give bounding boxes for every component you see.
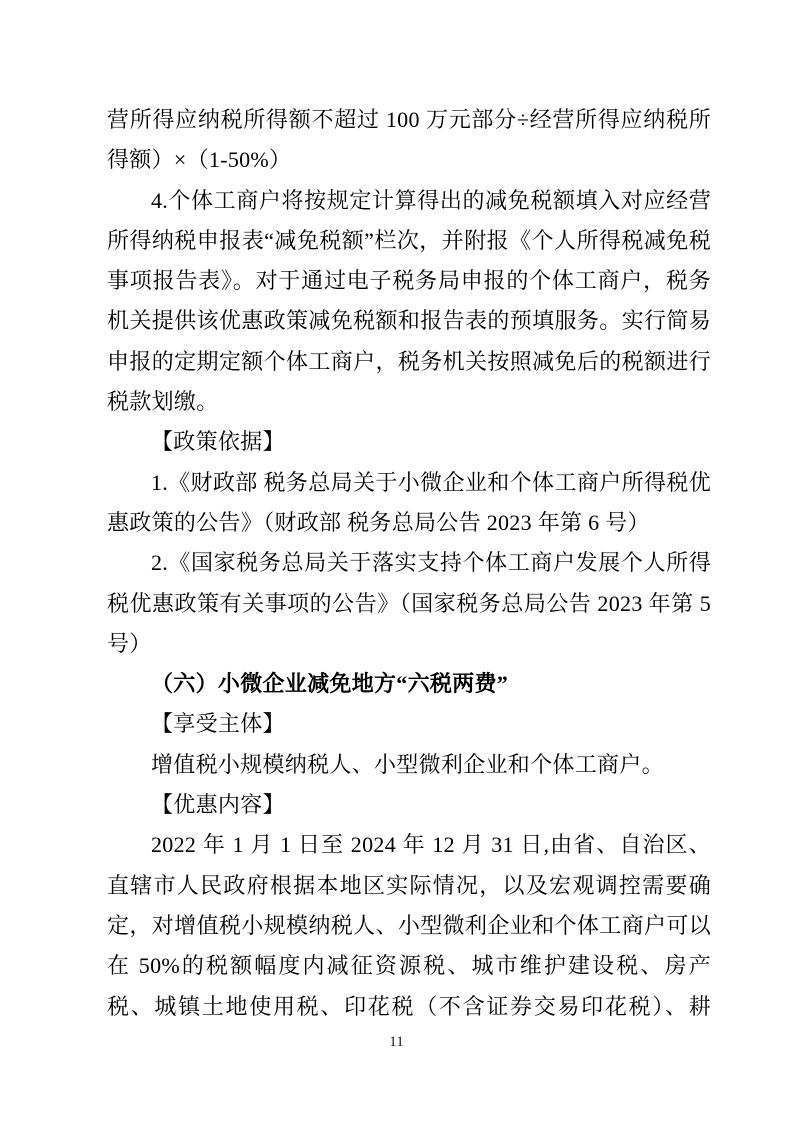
benefit-heading: 【优惠内容】 — [107, 785, 711, 825]
policy-basis-heading: 【政策依据】 — [107, 422, 711, 462]
formula-continuation: 营所得应纳税所得额不超过 100 万元部分÷经营所得应纳税所得额）×（1-50%… — [107, 100, 711, 181]
document-body: 营所得应纳税所得额不超过 100 万元部分÷经营所得应纳税所得额）×（1-50%… — [107, 100, 711, 1027]
item-4-declaration: 4.个体工商户将按规定计算得出的减免税额填入对应经营所得纳税申报表“减免税额”栏… — [107, 181, 711, 423]
beneficiary-body: 增值税小规模纳税人、小型微利企业和个体工商户。 — [107, 745, 711, 785]
beneficiary-heading: 【享受主体】 — [107, 704, 711, 744]
document-page: 营所得应纳税所得额不超过 100 万元部分÷经营所得应纳税所得额）×（1-50%… — [0, 0, 793, 1122]
page-number: 11 — [0, 1033, 793, 1051]
policy-basis-item-1: 1.《财政部 税务总局关于小微企业和个体工商户所得税优惠政策的公告》（财政部 税… — [107, 463, 711, 544]
benefit-body: 2022 年 1 月 1 日至 2024 年 12 月 31 日,由省、自治区、… — [107, 825, 711, 1026]
policy-basis-item-2: 2.《国家税务总局关于落实支持个体工商户发展个人所得税优惠政策有关事项的公告》（… — [107, 543, 711, 664]
section-six-heading: （六）小微企业减免地方“六税两费” — [107, 664, 711, 704]
